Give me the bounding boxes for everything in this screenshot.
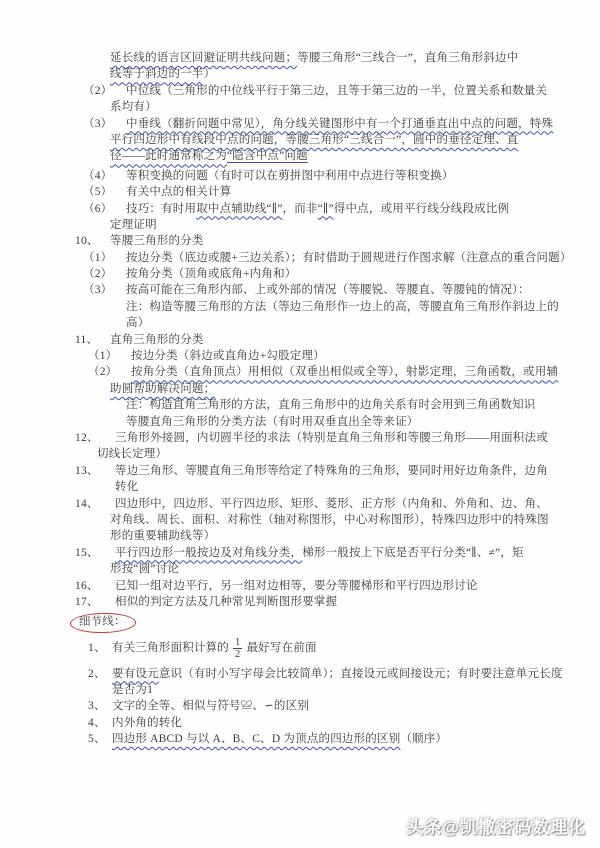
text-segment: 相似的判定方法及几种常见判断图形要掌握 — [115, 596, 337, 608]
doc-line: 17、相似的判定方法及几种常见判断图形要掌握 — [0, 594, 600, 610]
item-number: 1、 — [88, 633, 112, 663]
text-segment: （顺序） — [400, 733, 447, 745]
underlined-text: 平行四边形中有线段中点的问题，等腰三角形“三线合一”，圆中的垂径定理、直 — [110, 134, 518, 146]
item-number: 11、 — [75, 332, 110, 348]
doc-line: 高） — [0, 315, 600, 331]
text-segment: 等积变换的问题（有时可以在剪拼图中利用中点进行等积变换） — [126, 170, 454, 182]
doc-line: 径——此时通常称之为“隐含中点”问题 — [0, 148, 600, 164]
doc-line: （2）按角分类（直角顶点）用相似（双垂出相似或全等），射影定理，三角函数，或用辅 — [0, 364, 600, 380]
doc-line: （3）中垂线（翻折问题中常见），角分线关键图形中有一个打通垂直出中点的问题，特殊 — [0, 116, 600, 132]
doc-line: （2）中位线（三角形的中位线平行于第三边，且等于第三边的一半，位置关系和数量关 — [0, 83, 600, 99]
text-segment: 文字的全等、相似与符号≌、∽的区别 — [112, 700, 309, 712]
underlined-text: 延长线的语言区回避证明共线问题； — [110, 52, 297, 64]
doc-line: 助圆帮助解决问题； — [0, 381, 600, 397]
doc-line: 15、平行四边形一般按边及对角线分类，梯形一般按上下底是否平行分类“∥、≠”，矩 — [0, 545, 600, 561]
doc-line: 注：构造直角三角形的方法，直角三角形中的边角关系有时会用到三角函数知识 — [0, 397, 600, 413]
text-segment: 意识（有时小写字母会比较简单）；直接设元或间接设元；有时要注意单元长度 — [159, 668, 563, 680]
underlined-text: 径——此时通常称之为 — [110, 150, 227, 162]
watermark: 头条@凯撒密码数理化 — [406, 813, 586, 838]
item-number: 10、 — [75, 233, 110, 249]
text-segment: 系均有） — [110, 101, 157, 113]
fraction-numerator: 1 — [233, 637, 242, 648]
text-segment: 三角形外接圆，内切圆半径的求法（特别是直角三角形和等腰三角形——用面积法或 — [115, 432, 548, 444]
doc-line: 线等于斜边的一半） — [0, 66, 600, 82]
text-segment: 形按“圆”讨论 — [110, 563, 179, 575]
item-number: （2） — [88, 364, 131, 380]
text-segment: ，而非 — [283, 203, 318, 215]
item-number: 17、 — [75, 594, 115, 610]
doc-line: 16、已知一组对边平行，另一组对边相等，要分等腰梯形和平行四边形讨论 — [0, 578, 600, 594]
underlined-text: 取中点辅助线“∥” — [196, 203, 282, 215]
item-number: （3） — [83, 282, 126, 298]
item-number: 14、 — [75, 496, 115, 512]
doc-line: （3）按高可能在三角形内部、上或外部的情况（等腰锐、等腰直、等腰钝的情况）： — [0, 282, 600, 298]
text-segment: 最好写在前面 — [246, 642, 316, 654]
doc-line: 1、有关三角形面积计算的12最好写在前面 — [0, 633, 600, 663]
doc-line: 3、文字的全等、相似与符号≌、∽的区别 — [0, 698, 600, 714]
item-number: 12、 — [75, 430, 115, 446]
item-number: （2） — [83, 266, 126, 282]
text-segment: 梯形一般按上下底是否平行分类“∥、≠”，矩 — [302, 547, 524, 559]
doc-line: 切线长定理） — [0, 446, 600, 462]
fraction-denominator: 2 — [233, 648, 242, 660]
text-segment: 技巧：有时用 — [126, 203, 196, 215]
doc-line: （5）有关中点的相关计算 — [0, 184, 600, 200]
doc-line: 对角线、周长、面积、对称性（轴对称图形，中心对称图形），特殊四边形中的特殊图 — [0, 512, 600, 528]
text-segment: 注：构造直角三角形的方法，直角三角形中的边角关系有时会用到三角函数知识 — [126, 399, 536, 411]
text-segment: ） — [204, 68, 216, 80]
item-number: 15、 — [75, 545, 115, 561]
doc-line: 10、等腰三角形的分类 — [0, 233, 600, 249]
fraction-one-half: 12 — [233, 637, 242, 660]
text-segment: 等腰三角形“三线合一”，直角三角形斜边中 — [297, 52, 518, 64]
item-number: （6） — [83, 201, 126, 217]
doc-line: （4）等积变换的问题（有时可以在剪拼图中利用中点进行等积变换） — [0, 168, 600, 184]
item-number: （1） — [83, 250, 126, 266]
text-segment: 注：构造等腰三角形的方法（等边三角形作一边上的高，等腰直角三角形作斜边上的 — [126, 301, 559, 313]
underlined-text: 按角分类（直角顶点）用相似（双垂出相似或全等），射影定理，三角函数，或用辅 — [131, 366, 558, 378]
text-segment: 四边形中，四边形、平行四边形、矩形、菱形、正方形（内角和、外角和、边、角、 — [115, 498, 548, 510]
doc-line: 14、四边形中，四边形、平行四边形、矩形、菱形、正方形（内角和、外角和、边、角、 — [0, 496, 600, 512]
text-segment: 有关三角形面积计算的 — [112, 642, 229, 654]
underlined-text: “隐含中点”问题 — [227, 150, 308, 162]
doc-line: 13、等边三角形、等腰直角三角形等给定了特殊角的三角形，要同时用好边角条件，边角 — [0, 463, 600, 479]
item-number: （2） — [83, 83, 126, 99]
doc-line: 注：构造等腰三角形的方法（等边三角形作一边上的高，等腰直角三角形作斜边上的 — [0, 299, 600, 315]
text-segment: 等腰直角三角形的分类方法（有时用双垂直出全等来证） — [126, 416, 419, 428]
doc-line: 转化 — [0, 479, 600, 495]
doc-line: 定理证明 — [0, 217, 600, 233]
text-segment: 定理证明 — [110, 219, 157, 231]
item-number: （4） — [83, 168, 126, 184]
text-segment: 得中点，或用平行线分线段成比例 — [334, 203, 510, 215]
doc-line: 11、直角三角形的分类 — [0, 332, 600, 348]
item-number: （3） — [83, 116, 126, 132]
underlined-text: 线等于斜边的一半 — [110, 68, 204, 80]
underlined-text: “∥” — [318, 203, 334, 215]
doc-line: （1）按边分类（斜边或直角边+勾股定理） — [0, 348, 600, 364]
text-segment: 直角三角形的分类 — [110, 334, 204, 346]
doc-line: 是否为1 — [0, 682, 600, 698]
text-segment: 已知一组对边平行，另一组对边相等，要分等腰梯形和平行四边形讨论 — [115, 580, 478, 592]
doc-line: （2）按角分类（顶角或底角+内角和） — [0, 266, 600, 282]
red-circle-annotation: 细节线： — [70, 613, 136, 635]
doc-line: 形按“圆”讨论 — [0, 561, 600, 577]
item-number: 5、 — [88, 731, 112, 747]
text-segment: 按角分类（顶角或底角+内角和） — [126, 268, 296, 280]
underlined-text: 要有设元 — [112, 668, 159, 680]
doc-line: 12、三角形外接圆，内切圆半径的求法（特别是直角三角形和等腰三角形——用面积法或 — [0, 430, 600, 446]
doc-line: 延长线的语言区回避证明共线问题；等腰三角形“三线合一”，直角三角形斜边中 — [0, 50, 600, 66]
item-number: 2、 — [88, 666, 112, 682]
item-number: （5） — [83, 184, 126, 200]
text-segment: 按边分类（底边或腰+三边关系）；有时借助于圆规进行作图求解（注意点的重合问题） — [126, 252, 572, 264]
text-segment: 切线长定理） — [97, 448, 167, 460]
doc-line: 平行四边形中有线段中点的问题，等腰三角形“三线合一”，圆中的垂径定理、直 — [0, 132, 600, 148]
underlined-text: 中垂线（翻折问题中常见），角分线关键图形中有一个打通垂直出中点的问题，特殊 — [126, 118, 553, 130]
doc-line: （1）按边分类（底边或腰+三边关系）；有时借助于圆规进行作图求解（注意点的重合问… — [0, 250, 600, 266]
doc-line: （6）技巧：有时用取中点辅助线“∥”，而非“∥”得中点，或用平行线分线段成比例 — [0, 201, 600, 217]
doc-line: 细节线： — [0, 613, 600, 629]
text-segment: 等边三角形、等腰直角三角形等给定了特殊角的三角形，要同时用好边角条件，边角 — [115, 465, 548, 477]
doc-line: 等腰直角三角形的分类方法（有时用双垂直出全等来证） — [0, 414, 600, 430]
text-segment: 转化 — [115, 481, 138, 493]
doc-line: 系均有） — [0, 99, 600, 115]
doc-lines: 延长线的语言区回避证明共线问题；等腰三角形“三线合一”，直角三角形斜边中线等于斜… — [0, 50, 600, 748]
underlined-text: 平行四边形一般按边及对角线分类， — [115, 547, 302, 559]
item-number: （1） — [88, 348, 131, 364]
text-segment: 细节线： — [79, 616, 126, 629]
item-number: 4、 — [88, 715, 112, 731]
item-number: 13、 — [75, 463, 115, 479]
doc-line: 4、内外角的转化 — [0, 715, 600, 731]
text-segment: 对角线、周长、面积、对称性（轴对称图形，中心对称图形），特殊四边形中的特殊图 — [110, 514, 549, 526]
text-segment: 中位线（三角形的中位线平行于第三边，且等于第三边的一半，位置关系和数量关 — [126, 85, 547, 97]
doc-line: 形的重要辅助线等） — [0, 528, 600, 544]
text-segment: 是否为1 — [112, 684, 153, 696]
underlined-text: 四边形 ABCD 与以 A、B、C、D 为顶点的四边形的区别 — [112, 733, 400, 745]
doc-line: 2、要有设元意识（有时小写字母会比较简单）；直接设元或间接设元；有时要注意单元长… — [0, 666, 600, 682]
item-number: 16、 — [75, 578, 115, 594]
text-segment: 按边分类（斜边或直角边+勾股定理） — [131, 350, 325, 362]
text-segment: 等腰三角形的分类 — [110, 235, 204, 247]
text-segment: 内外角的转化 — [112, 717, 182, 729]
doc-line: 5、四边形 ABCD 与以 A、B、C、D 为顶点的四边形的区别（顺序） — [0, 731, 600, 747]
text-segment: 形的重要辅助线等） — [110, 530, 215, 542]
text-segment: 有关中点的相关计算 — [126, 186, 231, 198]
underlined-text: 助圆帮助解决问题； — [110, 383, 215, 395]
text-segment: 按高可能在三角形内部、上或外部的情况（等腰锐、等腰直、等腰钝的情况）： — [126, 284, 530, 296]
document-page: 延长线的语言区回避证明共线问题；等腰三角形“三线合一”，直角三角形斜边中线等于斜… — [0, 0, 600, 848]
text-segment: 高） — [126, 317, 149, 329]
item-number: 3、 — [88, 698, 112, 714]
